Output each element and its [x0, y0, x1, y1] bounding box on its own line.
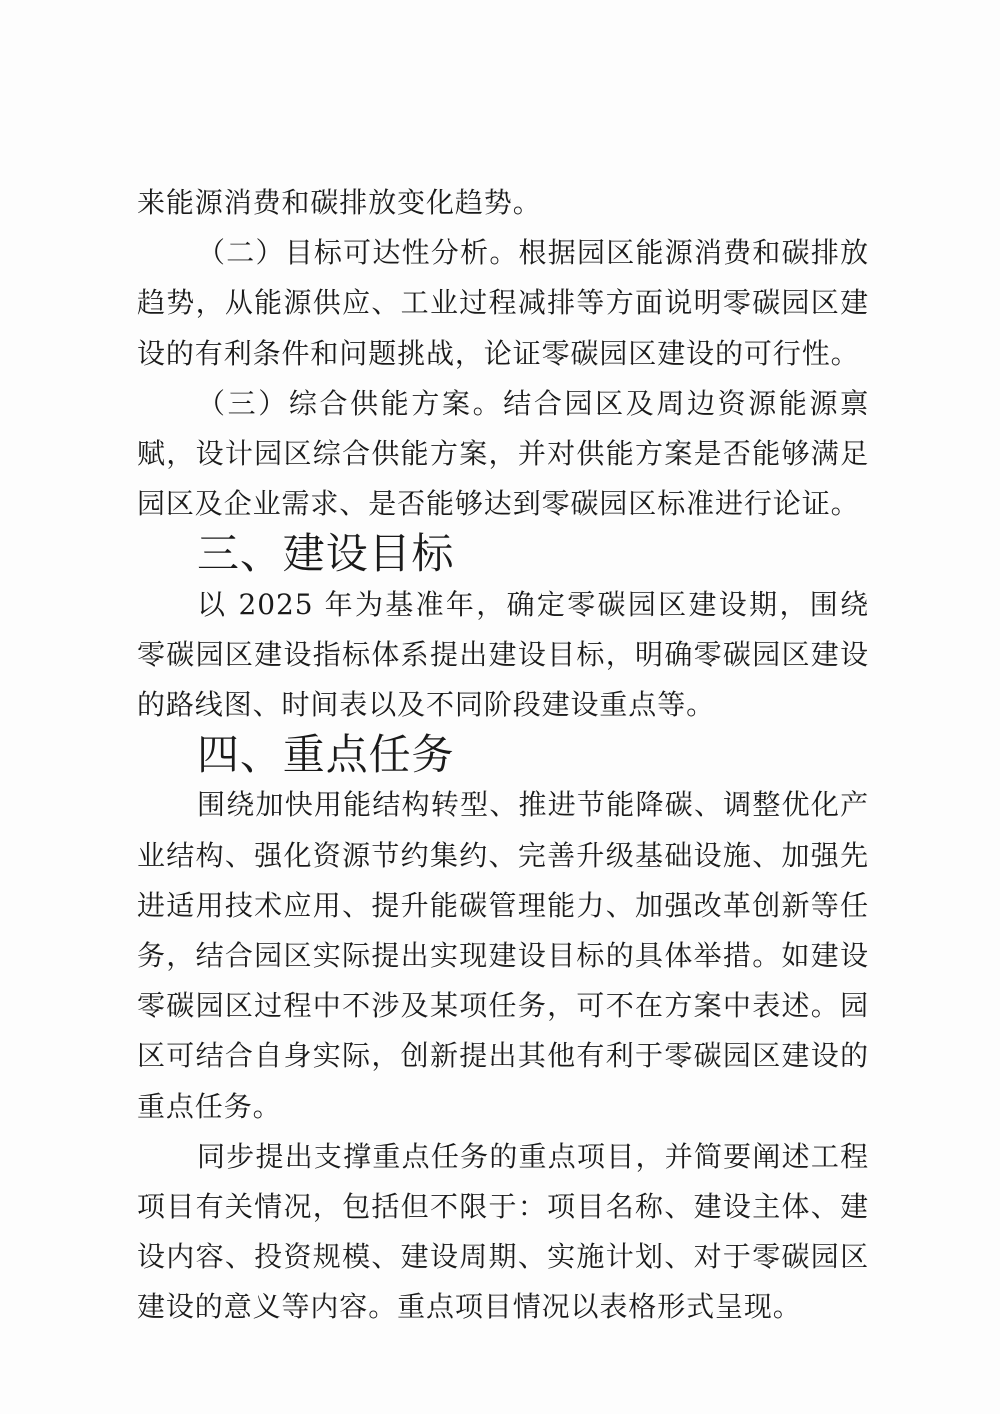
paragraph-key-tasks: 围绕加快用能结构转型、推进节能降碳、调整优化产业结构、强化资源节约集约、完善升级…	[137, 780, 869, 1131]
section-heading-construction-goals: 三、建设目标	[137, 529, 869, 579]
paragraph-integrated-energy-supply-plan: （三）综合供能方案。结合园区及周边资源能源禀赋，设计园区综合供能方案，并对供能方…	[137, 379, 869, 530]
section-heading-key-tasks: 四、重点任务	[137, 730, 869, 780]
paragraph-construction-goals: 以 2025 年为基准年，确定零碳园区建设期，围绕零碳园区建设指标体系提出建设目…	[137, 580, 869, 731]
paragraph-target-feasibility-analysis: （二）目标可达性分析。根据园区能源消费和碳排放趋势，从能源供应、工业过程减排等方…	[137, 228, 869, 379]
paragraph-key-projects: 同步提出支撑重点任务的重点项目，并简要阐述工程项目有关情况，包括但不限于：项目名…	[137, 1132, 869, 1333]
document-page: 来能源消费和碳排放变化趋势。 （二）目标可达性分析。根据园区能源消费和碳排放趋势…	[137, 178, 869, 1333]
paragraph-continuation-energy-trend: 来能源消费和碳排放变化趋势。	[137, 178, 869, 228]
